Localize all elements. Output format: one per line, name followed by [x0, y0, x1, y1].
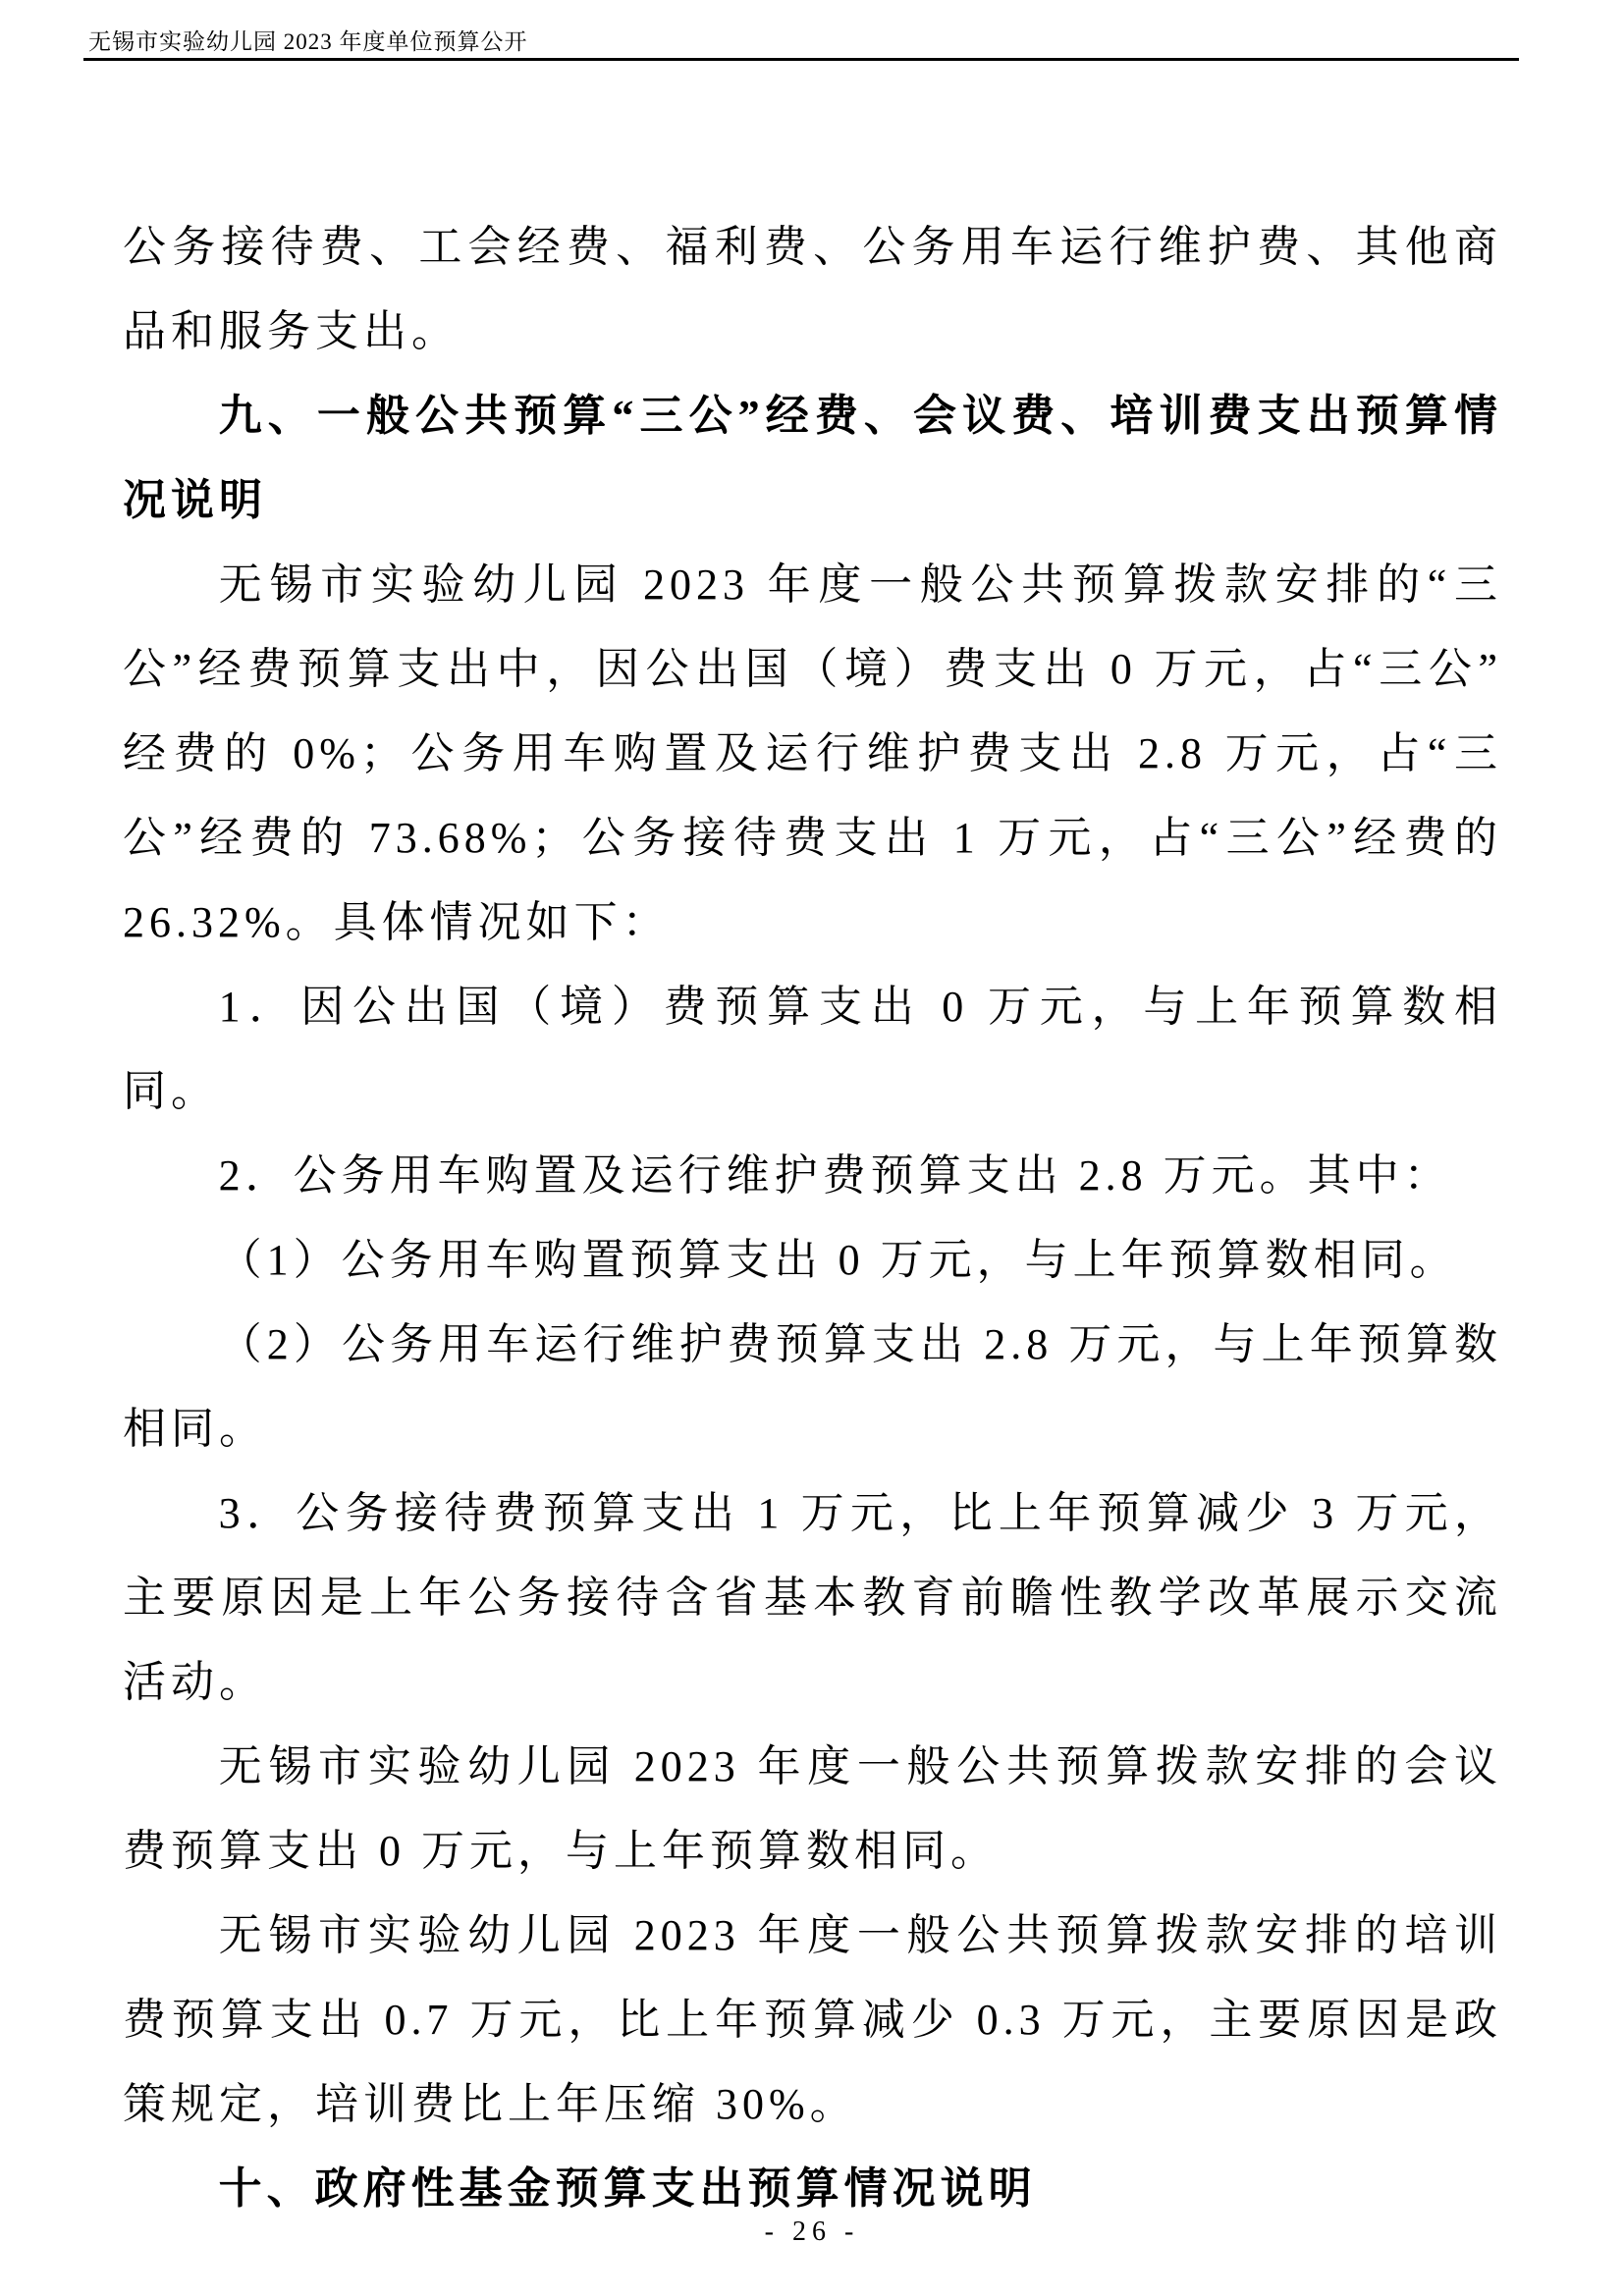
paragraph: 1．因公出国（境）费预算支出 0 万元，与上年预算数相同。	[123, 965, 1502, 1134]
paragraph: 无锡市实验幼儿园 2023 年度一般公共预算拨款安排的会议费预算支出 0 万元，…	[123, 1725, 1502, 1894]
document-body: 公务接待费、工会经费、福利费、公务用车运行维护费、其他商品和服务支出。九、一般公…	[123, 205, 1502, 2231]
paragraph: （1）公务用车购置预算支出 0 万元，与上年预算数相同。	[123, 1218, 1502, 1303]
document-page: 无锡市实验幼儿园 2023 年度单位预算公开 公务接待费、工会经费、福利费、公务…	[0, 0, 1624, 2296]
header-divider-rule	[83, 58, 1519, 61]
paragraph: 公务接待费、工会经费、福利费、公务用车运行维护费、其他商品和服务支出。	[123, 205, 1502, 374]
paragraph: 2．公务用车购置及运行维护费预算支出 2.8 万元。其中：	[123, 1134, 1502, 1218]
paragraph: 3．公务接待费预算支出 1 万元，比上年预算减少 3 万元，主要原因是上年公务接…	[123, 1471, 1502, 1725]
section-heading: 九、一般公共预算“三公”经费、会议费、培训费支出预算情况说明	[123, 374, 1502, 543]
page-number: - 26 -	[0, 2216, 1624, 2248]
paragraph: 无锡市实验幼儿园 2023 年度一般公共预算拨款安排的培训费预算支出 0.7 万…	[123, 1894, 1502, 2147]
paragraph: 无锡市实验幼儿园 2023 年度一般公共预算拨款安排的“三公”经费预算支出中，因…	[123, 543, 1502, 965]
paragraph: （2）公务用车运行维护费预算支出 2.8 万元，与上年预算数相同。	[123, 1303, 1502, 1471]
page-header-title: 无锡市实验幼儿园 2023 年度单位预算公开	[88, 24, 528, 56]
